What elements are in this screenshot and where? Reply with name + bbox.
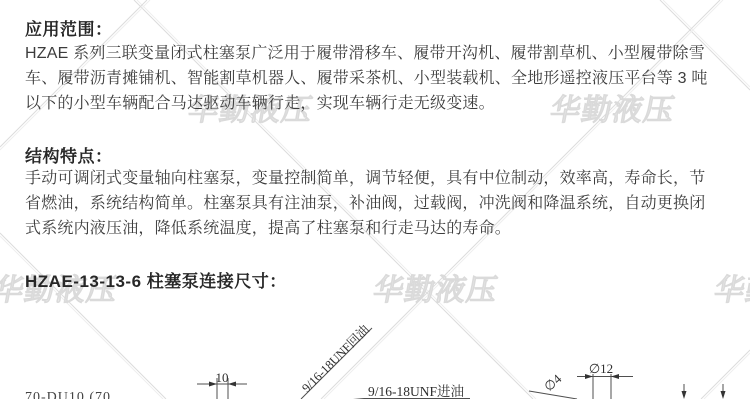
application-scope-heading: 应用范围： [25, 15, 113, 40]
inlet-port-label: 9/16-18UNF进油 [368, 383, 464, 399]
paragraph-line: 式系统内液压油，降低系统温度，提高了柱塞泵和行走马达的寿命。 [25, 216, 705, 241]
dimension-10: 10 [197, 370, 247, 399]
watermark-text: 华勤液压 [712, 272, 750, 307]
application-scope-paragraph: HZAE 系列三联变量闭式柱塞泵广泛用于履带滑移车、履带开沟机、履带割草机、小型… [25, 41, 708, 116]
diameter-12-label: ∅12 [589, 361, 613, 376]
paragraph-line: 省燃油，系统结构简单。柱塞泵具有注油泵，补油阀，过载阀，冲洗阀和降温系统，自动更… [25, 191, 705, 216]
pump-connection-drawing: 10 9/16-18UNF回油 9/16-18UNF进油 ∅4 [197, 322, 726, 399]
paragraph-line: 以下的小型车辆配合马达驱动车辆行走，实现车辆行走无级变速。 [25, 91, 708, 116]
structural-features-heading: 结构特点： [25, 142, 113, 167]
paragraph-line: 手动可调闭式变量轴向柱塞泵，变量控制简单，调节轻便，具有中位制动，效率高，寿命长… [25, 166, 705, 191]
inlet-port-callout: 9/16-18UNF进油 [353, 383, 470, 399]
product-description-page: 华勤液压 华勤液压 华勤液压 华勤液压 华勤液压 10 9/16-18UNF回油 [0, 0, 750, 399]
diameter-4-label: ∅4 [541, 371, 565, 394]
diameter-12-dimension: ∅12 [577, 361, 633, 399]
watermark-text: 华勤液压 [371, 272, 501, 307]
diameter-4-callout: ∅4 [529, 371, 577, 399]
paragraph-line: 车、履带沥青摊铺机、智能割草机器人、履带采茶机、小型装载机、全地形遥控液压平台等… [25, 66, 708, 91]
connection-dimensions-heading: HZAE-13-13-6 柱塞泵连接尺寸： [25, 267, 287, 292]
structural-features-paragraph: 手动可调闭式变量轴向柱塞泵，变量控制简单，调节轻便，具有中位制动，效率高，寿命长… [25, 166, 705, 241]
paragraph-line: HZAE 系列三联变量闭式柱塞泵广泛用于履带滑移车、履带开沟机、履带割草机、小型… [25, 41, 708, 66]
clipped-bottom-caption: 70-DU10 (70 [25, 390, 111, 399]
